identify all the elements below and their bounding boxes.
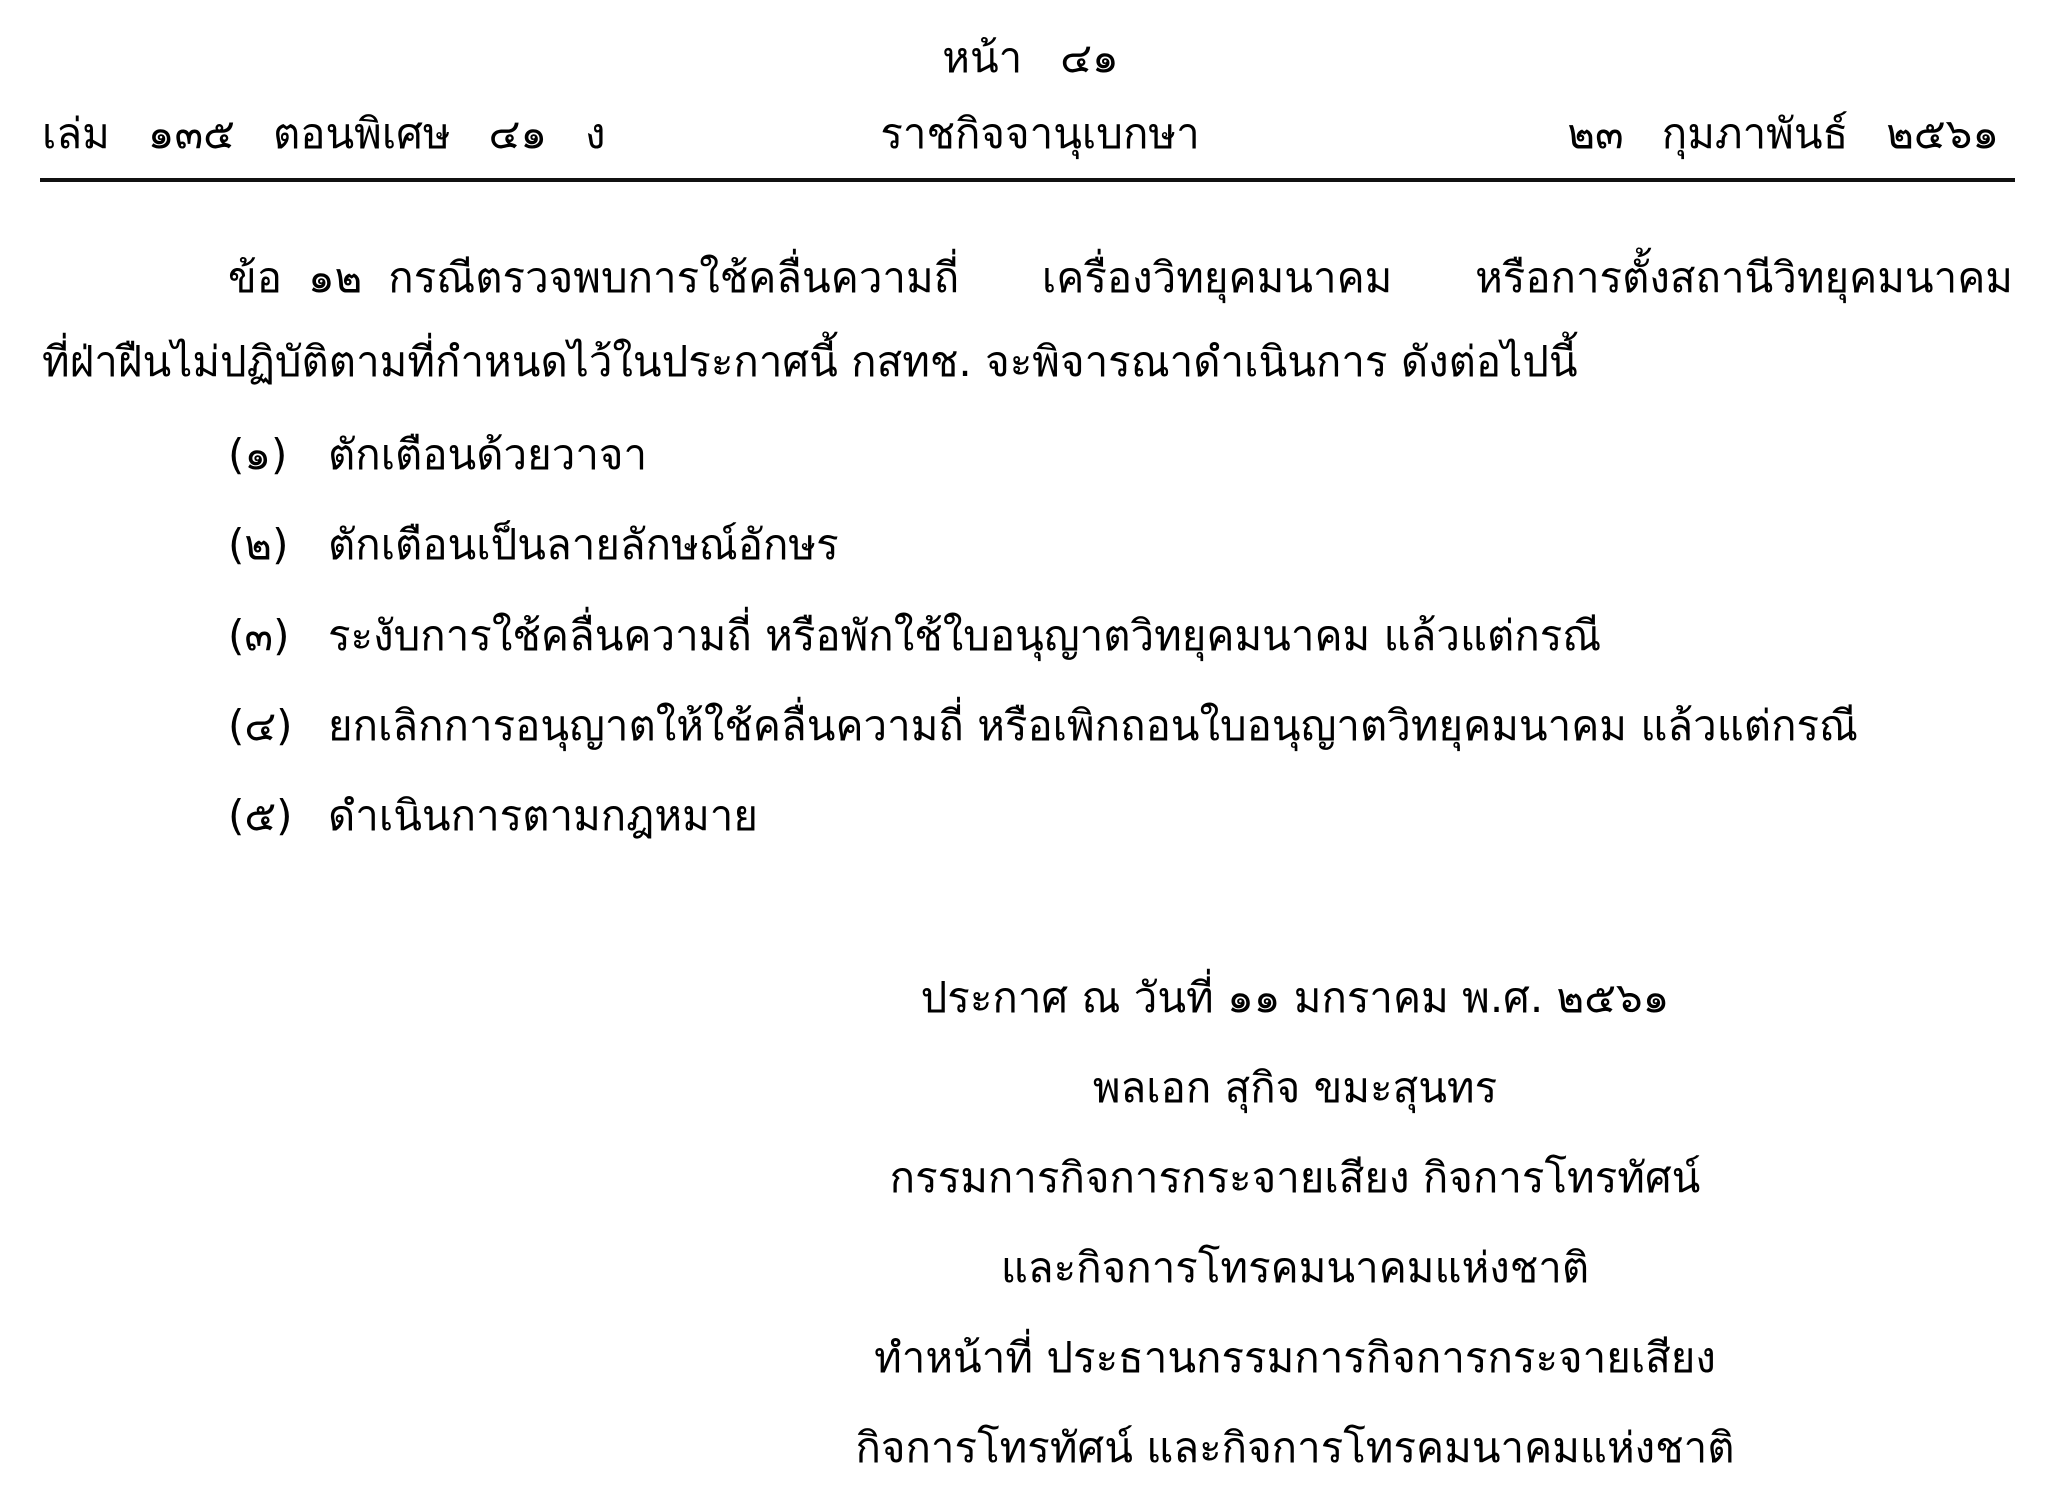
clause-label: ข้อ — [228, 253, 282, 302]
date-month: กุมภาพันธ์ — [1662, 109, 1848, 158]
header-volume-info: เล่ม๑๓๕ตอนพิเศษ๔๑ง — [42, 104, 606, 164]
volume-number: ๑๓๕ — [148, 109, 235, 158]
list-item-text: ดำเนินการตามกฎหมาย — [328, 791, 758, 840]
clause-number: ๑๒ — [308, 253, 362, 302]
clause-text-line-1: กรณีตรวจพบการใช้คลื่นความถี่ เครื่องวิทย… — [388, 253, 2013, 302]
signatory-title-line: และกิจการโทรคมนาคมแห่งชาติ — [700, 1238, 1890, 1298]
signatory-title-line: กิจการโทรทัศน์ และกิจการโทรคมนาคมแห่งชาต… — [700, 1418, 1890, 1478]
section-number: ๔๑ — [489, 109, 547, 158]
list-item-number: (๓) — [228, 606, 328, 666]
header-date: ๒๓กุมภาพันธ์๒๕๖๑ — [1567, 104, 1999, 164]
list-item: (๕)ดำเนินการตามกฎหมาย — [228, 786, 758, 846]
list-item-text: ระงับการใช้คลื่นความถี่ หรือพักใช้ใบอนุญ… — [328, 611, 1601, 660]
section-label: ตอนพิเศษ — [273, 109, 451, 158]
clause-line-2: ที่ฝ่าฝืนไม่ปฏิบัติตามที่กำหนดไว้ในประกา… — [42, 332, 1578, 392]
signatory-title-line: กรรมการกิจการกระจายเสียง กิจการโทรทัศน์ — [700, 1148, 1890, 1208]
list-item-number: (๒) — [228, 515, 328, 575]
clause-line-1: ข้อ๑๒กรณีตรวจพบการใช้คลื่นความถี่ เครื่อ… — [228, 248, 2013, 308]
gazette-page: หน้า๔๑ เล่ม๑๓๕ตอนพิเศษ๔๑ง ราชกิจจานุเบกษ… — [0, 0, 2061, 1485]
list-item: (๒)ตักเตือนเป็นลายลักษณ์อักษร — [228, 515, 839, 575]
list-item: (๑)ตักเตือนด้วยวาจา — [228, 425, 647, 485]
list-item-text: ตักเตือนด้วยวาจา — [328, 430, 647, 479]
list-item-text: ตักเตือนเป็นลายลักษณ์อักษร — [328, 520, 839, 569]
date-year: ๒๕๖๑ — [1886, 109, 1999, 158]
header-divider — [40, 178, 2015, 182]
page-label: หน้า — [942, 33, 1022, 82]
page-number-line: หน้า๔๑ — [0, 28, 2061, 88]
list-item-text: ยกเลิกการอนุญาตให้ใช้คลื่นความถี่ หรือเพ… — [328, 701, 1858, 750]
list-item-number: (๑) — [228, 425, 328, 485]
section-letter: ง — [585, 109, 606, 158]
page-number: ๔๑ — [1060, 33, 1118, 82]
date-day: ๒๓ — [1567, 109, 1623, 158]
list-item-number: (๔) — [228, 696, 328, 756]
signatory-title-line: ทำหน้าที่ ประธานกรรมการกิจการกระจายเสียง — [700, 1328, 1890, 1388]
announcement-date: ประกาศ ณ วันที่ ๑๑ มกราคม พ.ศ. ๒๕๖๑ — [700, 968, 1890, 1028]
publication-title: ราชกิจจานุเบกษา — [700, 104, 1380, 164]
signatory-name: พลเอก สุกิจ ขมะสุนทร — [700, 1058, 1890, 1118]
list-item-number: (๕) — [228, 786, 328, 846]
list-item: (๓)ระงับการใช้คลื่นความถี่ หรือพักใช้ใบอ… — [228, 606, 1601, 666]
list-item: (๔)ยกเลิกการอนุญาตให้ใช้คลื่นความถี่ หรื… — [228, 696, 1858, 756]
volume-label: เล่ม — [42, 109, 110, 158]
